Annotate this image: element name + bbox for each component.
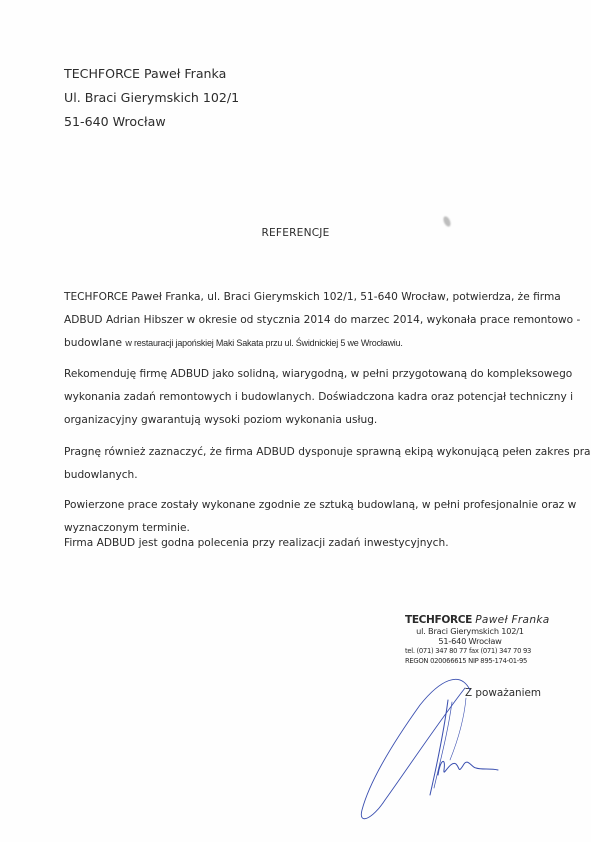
sender-address: TECHFORCE Paweł Franka Ul. Braci Gieryms… [64, 62, 239, 134]
sender-name: TECHFORCE Paweł Franka [64, 62, 239, 86]
stamp-name-bold: TECHFORCE [405, 614, 472, 626]
line-prefix: budowlane [64, 337, 125, 349]
paragraph-line: Powierzone prace zostały wykonane zgodni… [64, 494, 528, 517]
stamp-city: 51-640 Wrocław [405, 636, 535, 646]
stamp-street: ul. Braci Gierymskich 102/1 [405, 626, 535, 636]
document-page: TECHFORCE Paweł Franka Ul. Braci Gieryms… [0, 0, 591, 842]
sender-street: Ul. Braci Gierymskich 102/1 [64, 86, 239, 110]
paragraph-recommendation: Rekomenduję firmę ADBUD jako solidną, wi… [64, 363, 528, 433]
stamp-company-name: TECHFORCE Paweł Franka [405, 614, 535, 626]
paragraph-confirmation: TECHFORCE Paweł Franka, ul. Braci Gierym… [64, 286, 528, 356]
paragraph-line: budowlane w restauracji japońskiej Maki … [64, 332, 528, 355]
paragraph-line: ADBUD Adrian Hibszer w okresie od styczn… [64, 309, 528, 332]
stamp-name-italic: Paweł Franka [475, 614, 549, 626]
paragraph-endorsement: Firma ADBUD jest godna polecenia przy re… [64, 532, 528, 555]
paragraph-line: TECHFORCE Paweł Franka, ul. Braci Gierym… [64, 286, 528, 309]
paragraph-line: Pragnę również zaznaczyć, że firma ADBUD… [64, 441, 528, 464]
paragraph-line: budowlanych. [64, 464, 528, 487]
paragraph-line: Firma ADBUD jest godna polecenia przy re… [64, 532, 528, 555]
signature-icon [340, 660, 560, 830]
scan-smudge [442, 215, 452, 228]
paragraph-line: Rekomenduję firmę ADBUD jako solidną, wi… [64, 363, 528, 386]
sender-city: 51-640 Wrocław [64, 110, 239, 134]
location-note: w restauracji japońskiej Maki Sakata prz… [125, 338, 402, 348]
paragraph-line: organizacyjny gwarantują wysoki poziom w… [64, 409, 528, 432]
paragraph-line: wykonania zadań remontowych i budowlanyc… [64, 386, 528, 409]
stamp-phones: tel. (071) 347 80 77 fax (071) 347 70 93 [405, 646, 535, 656]
paragraph-team: Pragnę również zaznaczyć, że firma ADBUD… [64, 441, 528, 487]
company-stamp: TECHFORCE Paweł Franka ul. Braci Gieryms… [405, 614, 535, 666]
document-title: REFERENCJE [0, 227, 591, 239]
